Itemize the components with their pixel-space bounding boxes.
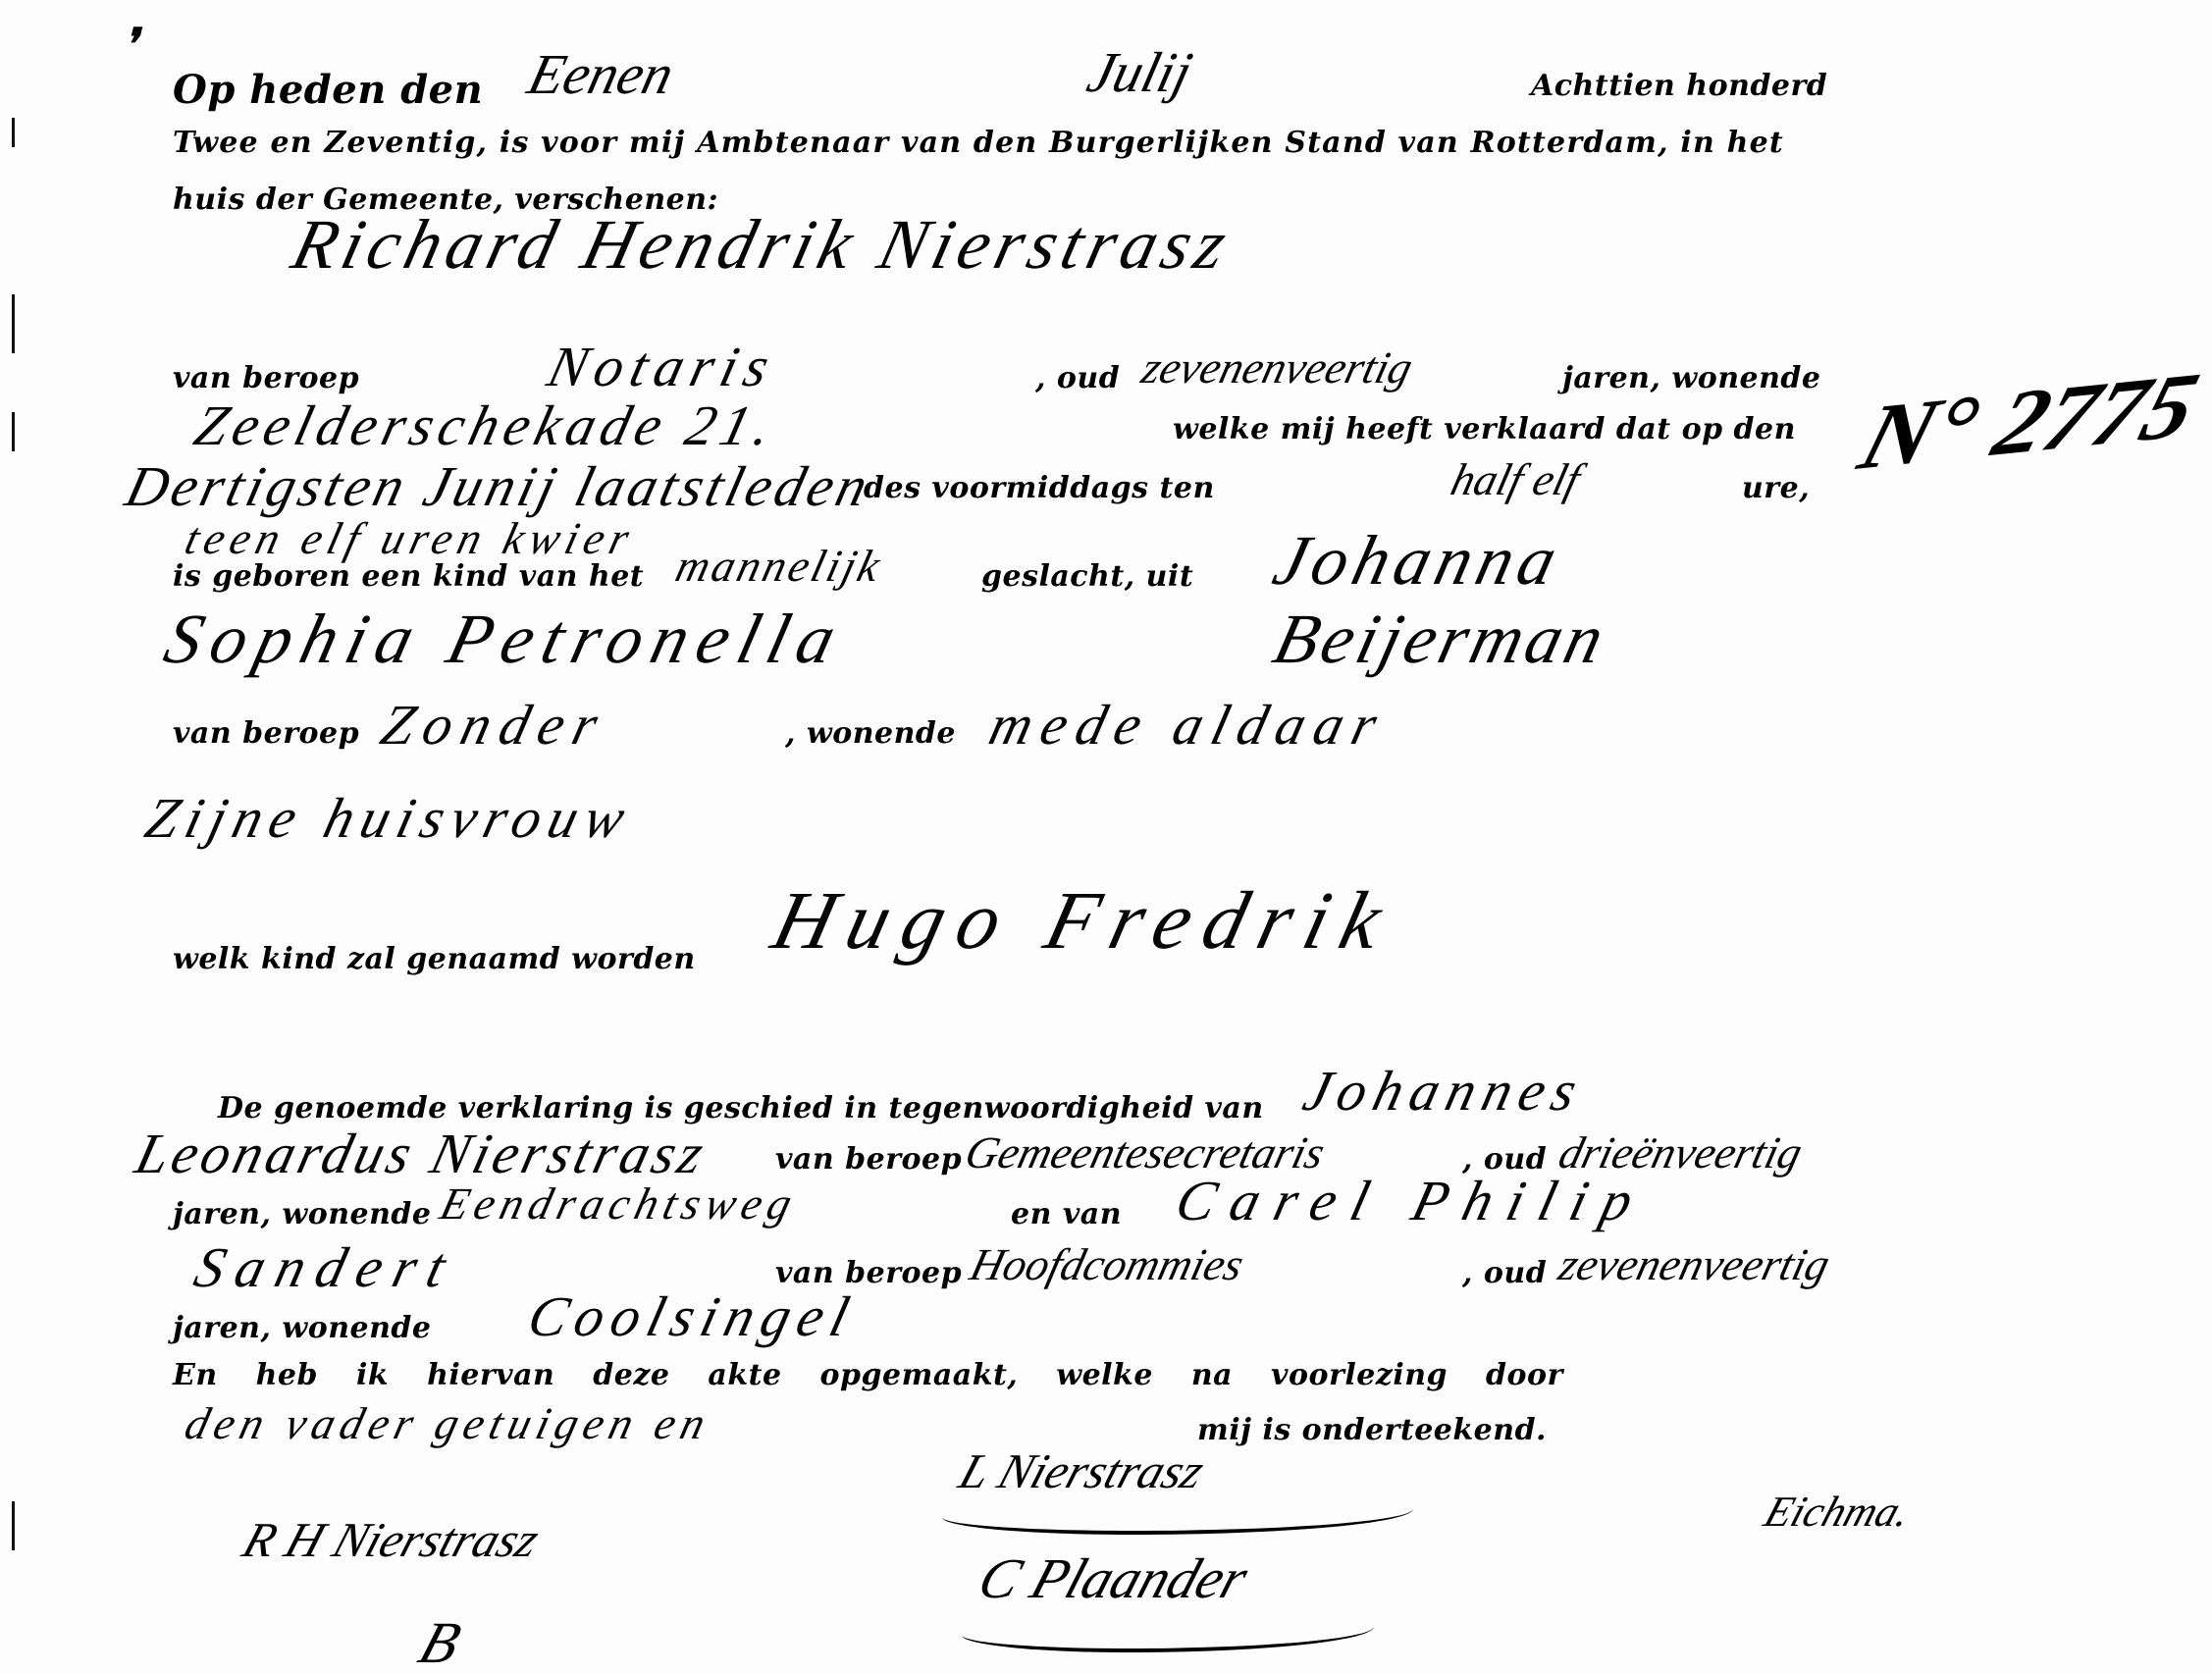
margin-mark	[12, 294, 15, 353]
handwritten-readers: den vader getuigen en	[180, 1397, 716, 1449]
handwritten-child-name: Hugo Fredrik	[764, 873, 1404, 968]
margin-mark	[12, 118, 15, 147]
printed-closing-2: mij is onderteekend.	[1197, 1413, 1547, 1447]
printed-line1-suffix: Achttien honderd	[1531, 69, 1827, 103]
printed-born-suffix: geslacht, uit	[981, 559, 1193, 594]
handwritten-declarant-occupation: Notaris	[542, 334, 784, 399]
printed-declared: welke mij heeft verklaard dat op den	[1173, 412, 1796, 446]
signature-flourish	[942, 1491, 1413, 1535]
handwritten-declarant-name: Richard Hendrik Nierstrasz	[285, 204, 1240, 286]
printed-residing-2: , wonende	[785, 716, 956, 751]
handwritten-mother-occupation: Zonder	[375, 692, 614, 758]
signature-flourish	[962, 1609, 1374, 1652]
signature-left-initial: B	[411, 1609, 469, 1674]
signature-right: Eichma.	[1759, 1487, 1918, 1537]
registration-number: N° 2775	[1849, 349, 2211, 491]
margin-mark	[12, 412, 15, 451]
handwritten-sex: mannelijk	[670, 540, 888, 592]
printed-and-of: en van	[1011, 1197, 1122, 1231]
printed-line1-prefix: Op heden den	[173, 67, 483, 113]
handwritten-mother-first: Johanna	[1266, 520, 1571, 602]
handwritten-day: Eenen	[522, 41, 681, 107]
handwritten-birth-hour: half elf	[1446, 453, 1585, 505]
handwritten-mother-residing: mede aldaar	[983, 692, 1394, 758]
handwritten-witness2-first: Carel Philip	[1170, 1168, 1656, 1233]
printed-occupation-label-2: van beroep	[173, 716, 359, 751]
handwritten-witness1-first: Johannes	[1297, 1058, 1592, 1124]
printed-occupation-label-1: van beroep	[173, 361, 359, 395]
printed-hour-prefix: des voormiddags ten	[864, 471, 1215, 505]
printed-years-residing-4: jaren, wonende	[173, 1311, 432, 1345]
printed-age-label-1: , oud	[1035, 361, 1120, 395]
printed-name-label: welk kind zal genaamd worden	[173, 942, 696, 976]
printed-occupation-label-3: van beroep	[775, 1142, 962, 1177]
handwritten-mother-surname: Beijerman	[1266, 599, 1616, 680]
printed-closing-1: En heb ik hiervan deze akte opgemaakt, w…	[173, 1358, 1563, 1392]
handwritten-month: Julij	[1081, 39, 1199, 105]
handwritten-mother-names: Sophia Petronella	[157, 599, 854, 680]
printed-born-prefix: is geboren een kind van het	[173, 559, 644, 594]
handwritten-witness2-age: zevenenveertig	[1554, 1238, 1835, 1290]
printed-years-residing-3: jaren, wonende	[173, 1197, 432, 1231]
signature-left: R H Nierstrasz	[237, 1511, 547, 1568]
handwritten-declarant-address: Zeelderschekade 21.	[188, 392, 784, 458]
handwritten-birth-note: teen elf uren kwier	[180, 512, 640, 564]
printed-years-residing-1: jaren, wonende	[1562, 361, 1821, 395]
signature-center-bottom: C Plaander	[971, 1545, 1256, 1611]
handwritten-declarant-age: zevenenveertig	[1136, 341, 1418, 393]
handwritten-witness1-address: Eendrachtsweg	[435, 1177, 803, 1229]
corner-mark: ❜	[124, 20, 138, 70]
handwritten-witness2-rest: Sandert	[188, 1234, 464, 1300]
handwritten-witness2-occupation: Hoofdcommies	[965, 1238, 1248, 1290]
margin-mark	[12, 1501, 15, 1550]
handwritten-birth-date: Dertigsten Junij laatstleden	[120, 453, 878, 519]
document-page: ❜ Op heden den Eenen Julij Achttien hond…	[0, 0, 2212, 1674]
handwritten-witness1-rest: Leonardus Nierstrasz	[130, 1121, 714, 1186]
handwritten-witness2-address: Coolsingel	[522, 1283, 864, 1349]
handwritten-relation: Zijne huisvrouw	[139, 785, 640, 851]
printed-hour-suffix: ure,	[1742, 471, 1810, 505]
printed-age-label-4: , oud	[1462, 1256, 1547, 1290]
printed-line2: Twee en Zeventig, is voor mij Ambtenaar …	[173, 126, 1784, 160]
